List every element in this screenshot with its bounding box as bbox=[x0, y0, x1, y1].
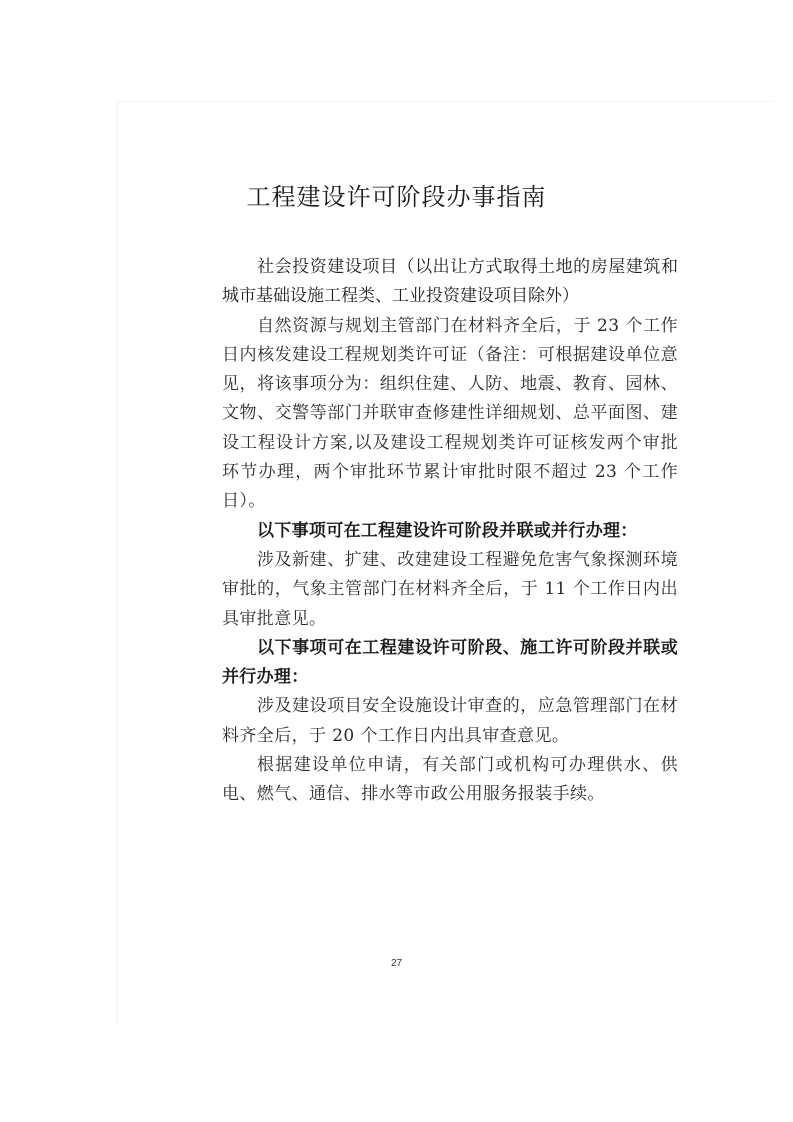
safety-design-review-paragraph: 涉及建设项目安全设施设计审查的，应急管理部门在材料齐全后，于 20 个工作日内出… bbox=[222, 692, 678, 751]
parallel-processing-heading: 以下事项可在工程建设许可阶段并联或并行办理： bbox=[222, 517, 678, 546]
utility-services-paragraph: 根据建设单位申请，有关部门或机构可办理供水、供电、燃气、通信、排水等市政公用服务… bbox=[222, 751, 678, 810]
planning-permit-paragraph: 自然资源与规划主管部门在材料齐全后，于 23 个工作日内核发建设工程规划类许可证… bbox=[222, 312, 678, 517]
parallel-construction-heading: 以下事项可在工程建设许可阶段、施工许可阶段并联或并行办理： bbox=[222, 634, 678, 693]
page-number: 27 bbox=[0, 958, 793, 969]
document-body: 社会投资建设项目（以出让方式取得土地的房屋建筑和城市基础设施工程类、工业投资建设… bbox=[222, 253, 678, 810]
document-title: 工程建设许可阶段办事指南 bbox=[0, 177, 793, 212]
meteorological-approval-paragraph: 涉及新建、扩建、改建建设工程避免危害气象探测环境审批的，气象主管部门在材料齐全后… bbox=[222, 546, 678, 634]
project-scope-paragraph: 社会投资建设项目（以出让方式取得土地的房屋建筑和城市基础设施工程类、工业投资建设… bbox=[222, 253, 678, 312]
